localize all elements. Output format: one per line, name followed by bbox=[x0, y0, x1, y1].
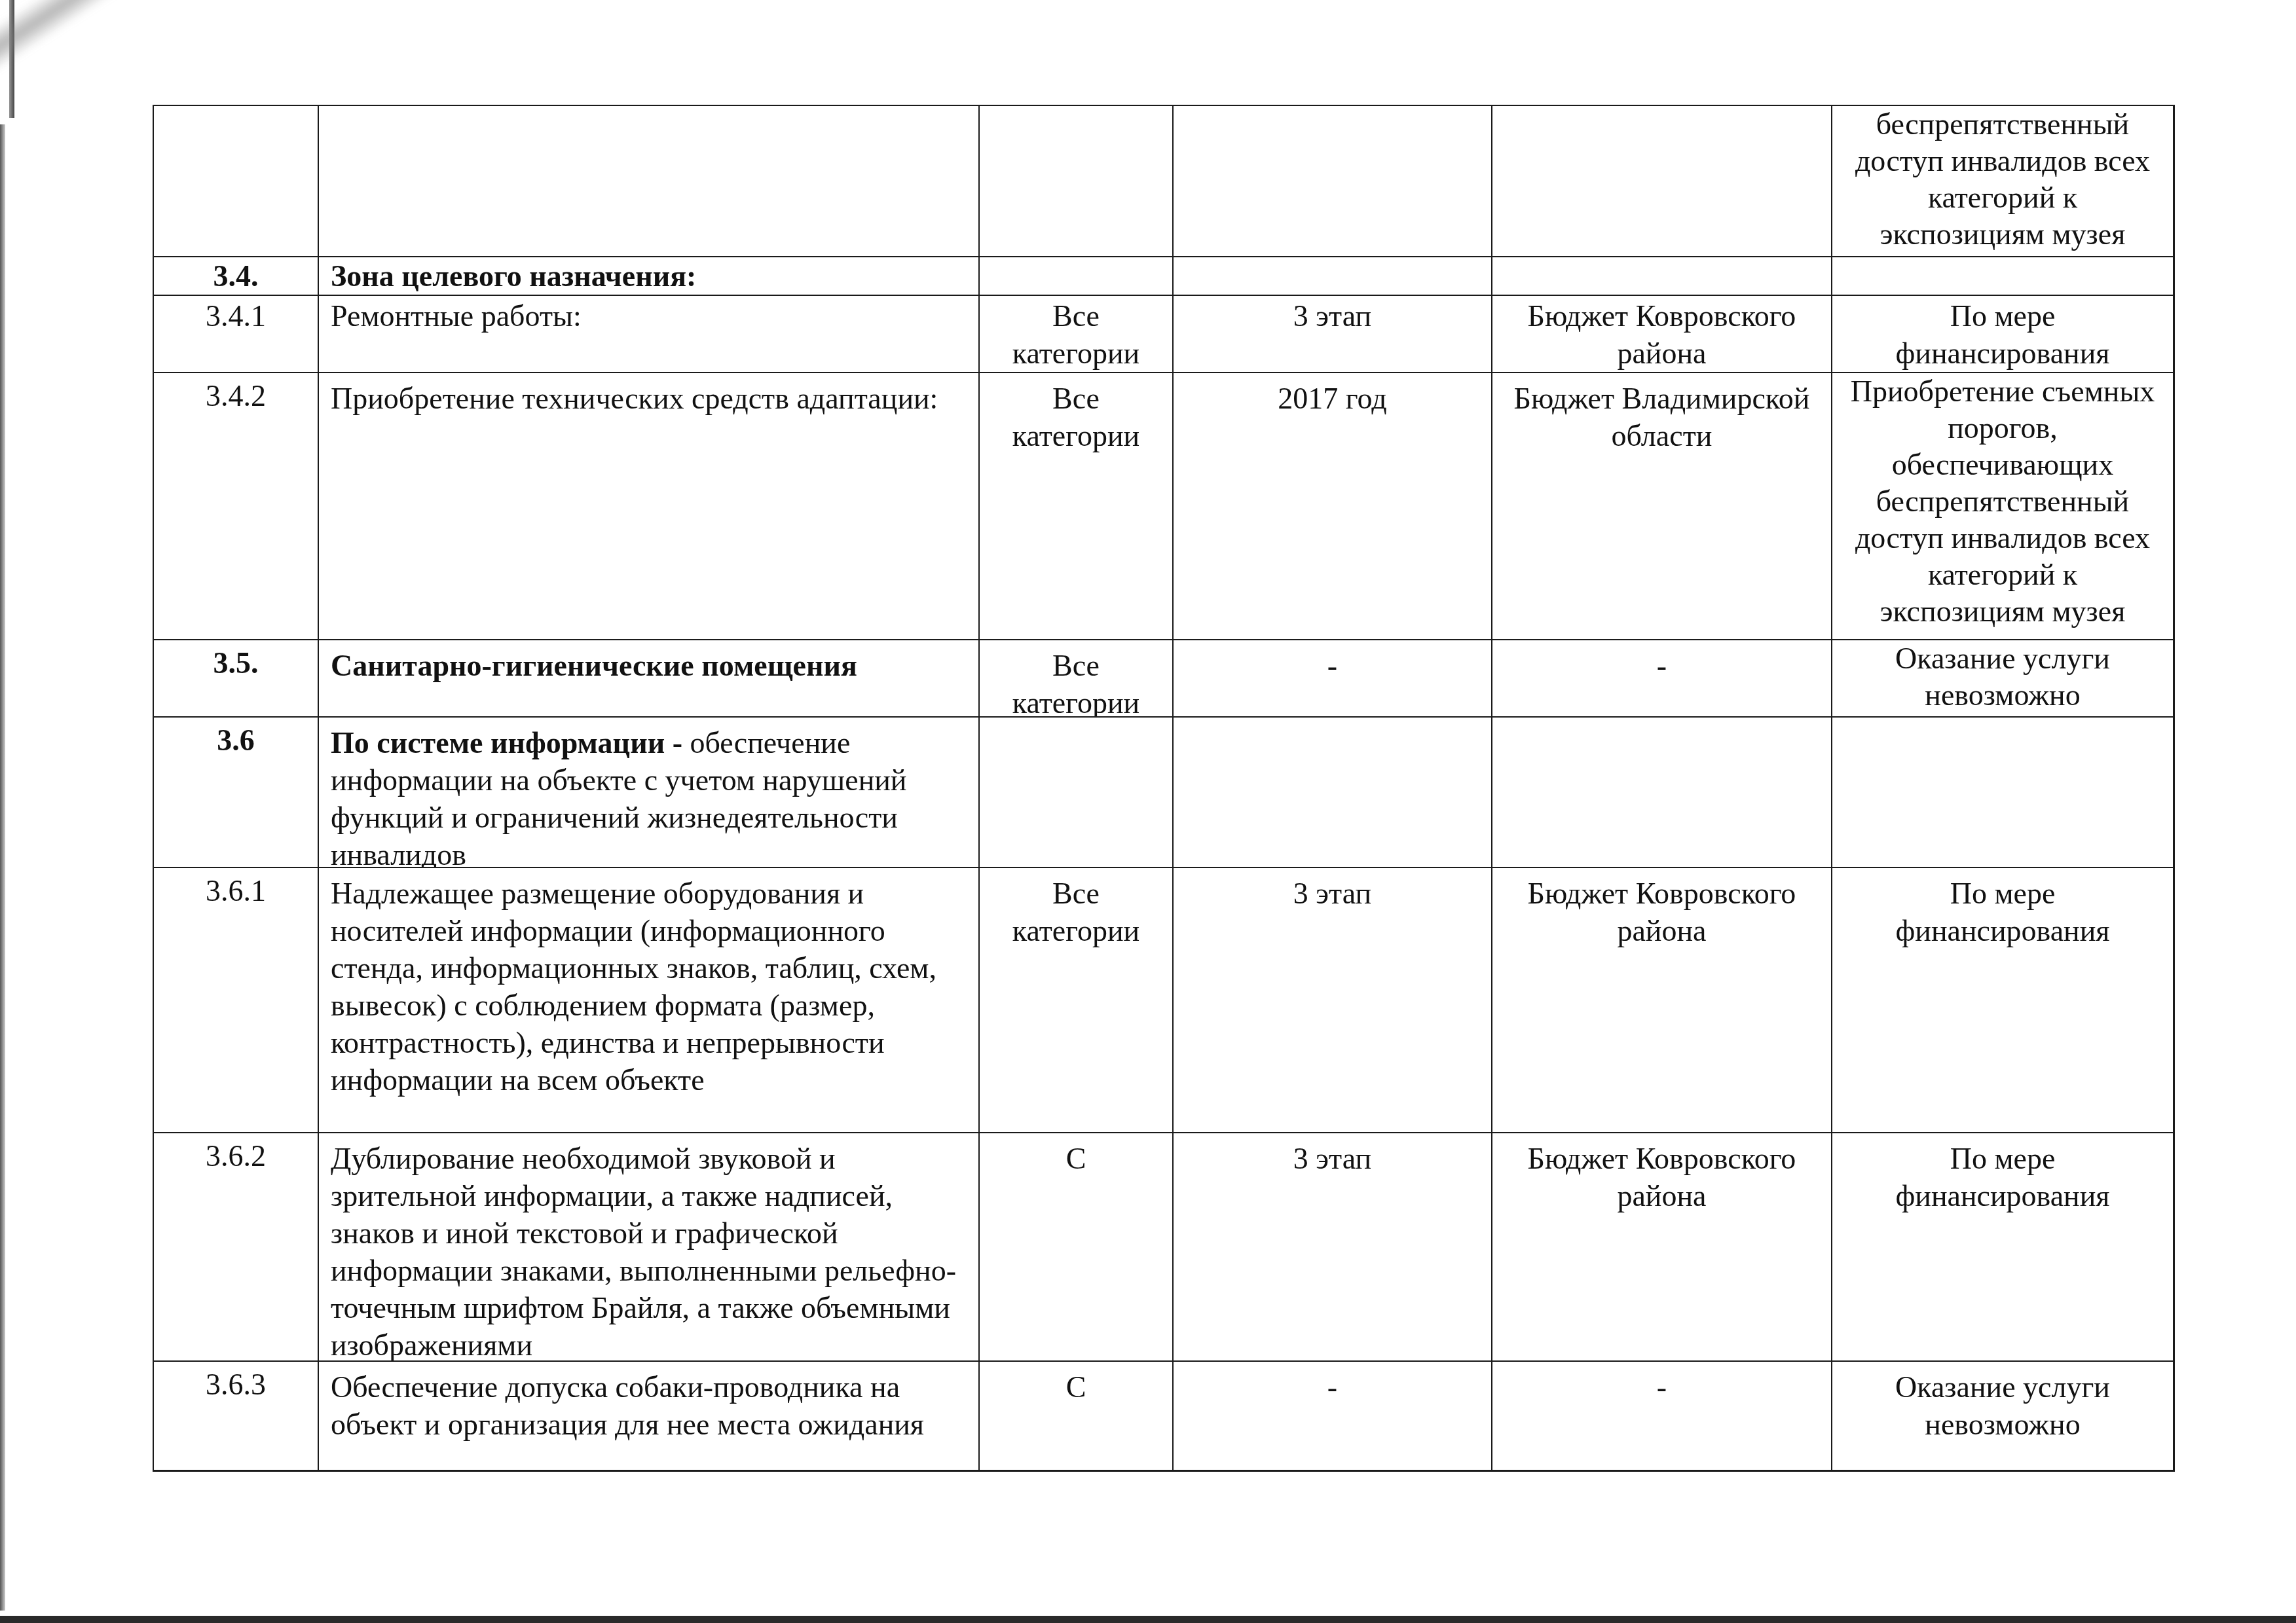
measure-cell bbox=[318, 105, 978, 256]
item-number: 3.4.2 bbox=[206, 379, 266, 412]
stage-cell: 3 этап bbox=[1172, 867, 1491, 1132]
result-cell: По мере финансирования bbox=[1831, 295, 2175, 372]
category-cell: Все категории bbox=[978, 372, 1172, 639]
measure-cell: Дублирование необходимой звуковой и зрит… bbox=[318, 1132, 978, 1360]
scan-page-edge bbox=[0, 124, 5, 1611]
stage-cell: - bbox=[1172, 639, 1491, 716]
result-text: Оказание услуги невозможно bbox=[1895, 642, 2110, 712]
scan-bottom-edge bbox=[0, 1616, 2296, 1623]
measure-text: Дублирование необходимой звуковой и зрит… bbox=[331, 1142, 956, 1360]
number-cell: 3.5. bbox=[153, 639, 318, 716]
result-text: По мере финансирования bbox=[1895, 877, 2109, 947]
result-text: По мере финансирования bbox=[1895, 1142, 2109, 1213]
stage-text: - bbox=[1327, 649, 1337, 682]
category-cell bbox=[978, 105, 1172, 256]
section-title: По системе информации - bbox=[331, 726, 690, 759]
result-cell: Приобретение съемных порогов, обеспечива… bbox=[1831, 372, 2175, 639]
funding-cell: Бюджет Ковровского района bbox=[1491, 1132, 1831, 1360]
number-cell: 3.4. bbox=[153, 256, 318, 295]
item-number: 3.5. bbox=[213, 646, 259, 680]
measure-text: Приобретение технических средств адаптац… bbox=[331, 382, 938, 415]
stage-cell: 3 этап bbox=[1172, 1132, 1491, 1360]
funding-text: Бюджет Ковровского района bbox=[1528, 299, 1796, 370]
funding-cell: Бюджет Владимирской области bbox=[1491, 372, 1831, 639]
funding-cell bbox=[1491, 256, 1831, 295]
item-number: 3.6.3 bbox=[206, 1368, 266, 1401]
measure-cell: Санитарно-гигиенические помещения bbox=[318, 639, 978, 716]
category-text: Все категории bbox=[1012, 649, 1139, 716]
result-text: беспрепятственный доступ инвалидов всех … bbox=[1855, 107, 2150, 251]
item-number: 3.6 bbox=[217, 723, 255, 757]
stage-cell bbox=[1172, 256, 1491, 295]
result-cell bbox=[1831, 256, 2175, 295]
item-number: 3.4. bbox=[213, 259, 259, 293]
stage-cell: 3 этап bbox=[1172, 295, 1491, 372]
funding-cell: Бюджет Ковровского района bbox=[1491, 867, 1831, 1132]
stage-cell bbox=[1172, 716, 1491, 867]
category-cell: Все категории bbox=[978, 295, 1172, 372]
stage-text: 3 этап bbox=[1293, 877, 1371, 910]
measure-text: Обеспечение допуска собаки-проводника на… bbox=[331, 1370, 924, 1441]
result-cell: По мере финансирования bbox=[1831, 1132, 2175, 1360]
number-cell: 3.6.2 bbox=[153, 1132, 318, 1360]
measure-cell: По системе информации - обеспечение инфо… bbox=[318, 716, 978, 867]
funding-text: Бюджет Ковровского района bbox=[1528, 1142, 1796, 1213]
category-text: Все категории bbox=[1012, 877, 1139, 947]
number-cell: 3.4.1 bbox=[153, 295, 318, 372]
category-cell: Все категории bbox=[978, 867, 1172, 1132]
funding-cell bbox=[1491, 716, 1831, 867]
number-cell bbox=[153, 105, 318, 256]
measure-cell: Ремонтные работы: bbox=[318, 295, 978, 372]
stage-cell bbox=[1172, 105, 1491, 256]
item-number: 3.6.2 bbox=[206, 1139, 266, 1173]
item-number: 3.6.1 bbox=[206, 874, 266, 907]
funding-text: - bbox=[1657, 1370, 1667, 1404]
stage-text: 2017 год bbox=[1278, 382, 1386, 415]
funding-cell: Бюджет Ковровского района bbox=[1491, 295, 1831, 372]
result-cell: По мере финансирования bbox=[1831, 867, 2175, 1132]
category-cell bbox=[978, 256, 1172, 295]
category-text: С bbox=[1066, 1370, 1086, 1404]
funding-text: - bbox=[1657, 649, 1667, 682]
stage-text: - bbox=[1327, 1370, 1337, 1404]
section-title: Санитарно-гигиенические помещения bbox=[331, 649, 857, 682]
funding-cell: - bbox=[1491, 639, 1831, 716]
measure-cell: Зона целевого назначения: bbox=[318, 256, 978, 295]
funding-cell bbox=[1491, 105, 1831, 256]
stage-text: 3 этап bbox=[1293, 1142, 1371, 1175]
result-text: По мере финансирования bbox=[1895, 299, 2109, 370]
result-cell: беспрепятственный доступ инвалидов всех … bbox=[1831, 105, 2175, 256]
result-text: Оказание услуги невозможно bbox=[1895, 1370, 2110, 1441]
page-corner-fold bbox=[0, 0, 226, 72]
section-title: Зона целевого назначения: bbox=[331, 259, 696, 293]
number-cell: 3.4.2 bbox=[153, 372, 318, 639]
result-text: Приобретение съемных порогов, обеспечива… bbox=[1851, 374, 2155, 628]
measure-cell: Обеспечение допуска собаки-проводника на… bbox=[318, 1360, 978, 1472]
stage-cell: - bbox=[1172, 1360, 1491, 1472]
category-text: С bbox=[1066, 1142, 1086, 1175]
funding-cell: - bbox=[1491, 1360, 1831, 1472]
stage-text: 3 этап bbox=[1293, 299, 1371, 333]
measure-text: Ремонтные работы: bbox=[331, 299, 582, 333]
result-cell: Оказание услуги невозможно bbox=[1831, 1360, 2175, 1472]
measure-cell: Приобретение технических средств адаптац… bbox=[318, 372, 978, 639]
category-text: Все категории bbox=[1012, 382, 1139, 452]
stage-cell: 2017 год bbox=[1172, 372, 1491, 639]
measure-text: Надлежащее размещение оборудования и нос… bbox=[331, 877, 936, 1097]
result-cell: Оказание услуги невозможно bbox=[1831, 639, 2175, 716]
result-cell bbox=[1831, 716, 2175, 867]
category-cell: С bbox=[978, 1360, 1172, 1472]
category-text: Все категории bbox=[1012, 299, 1139, 370]
funding-text: Бюджет Ковровского района bbox=[1528, 877, 1796, 947]
number-cell: 3.6 bbox=[153, 716, 318, 867]
category-cell bbox=[978, 716, 1172, 867]
category-cell: С bbox=[978, 1132, 1172, 1360]
number-cell: 3.6.3 bbox=[153, 1360, 318, 1472]
number-cell: 3.6.1 bbox=[153, 867, 318, 1132]
measure-cell: Надлежащее размещение оборудования и нос… bbox=[318, 867, 978, 1132]
funding-text: Бюджет Владимирской области bbox=[1514, 382, 1810, 452]
item-number: 3.4.1 bbox=[206, 299, 266, 333]
category-cell: Все категории bbox=[978, 639, 1172, 716]
